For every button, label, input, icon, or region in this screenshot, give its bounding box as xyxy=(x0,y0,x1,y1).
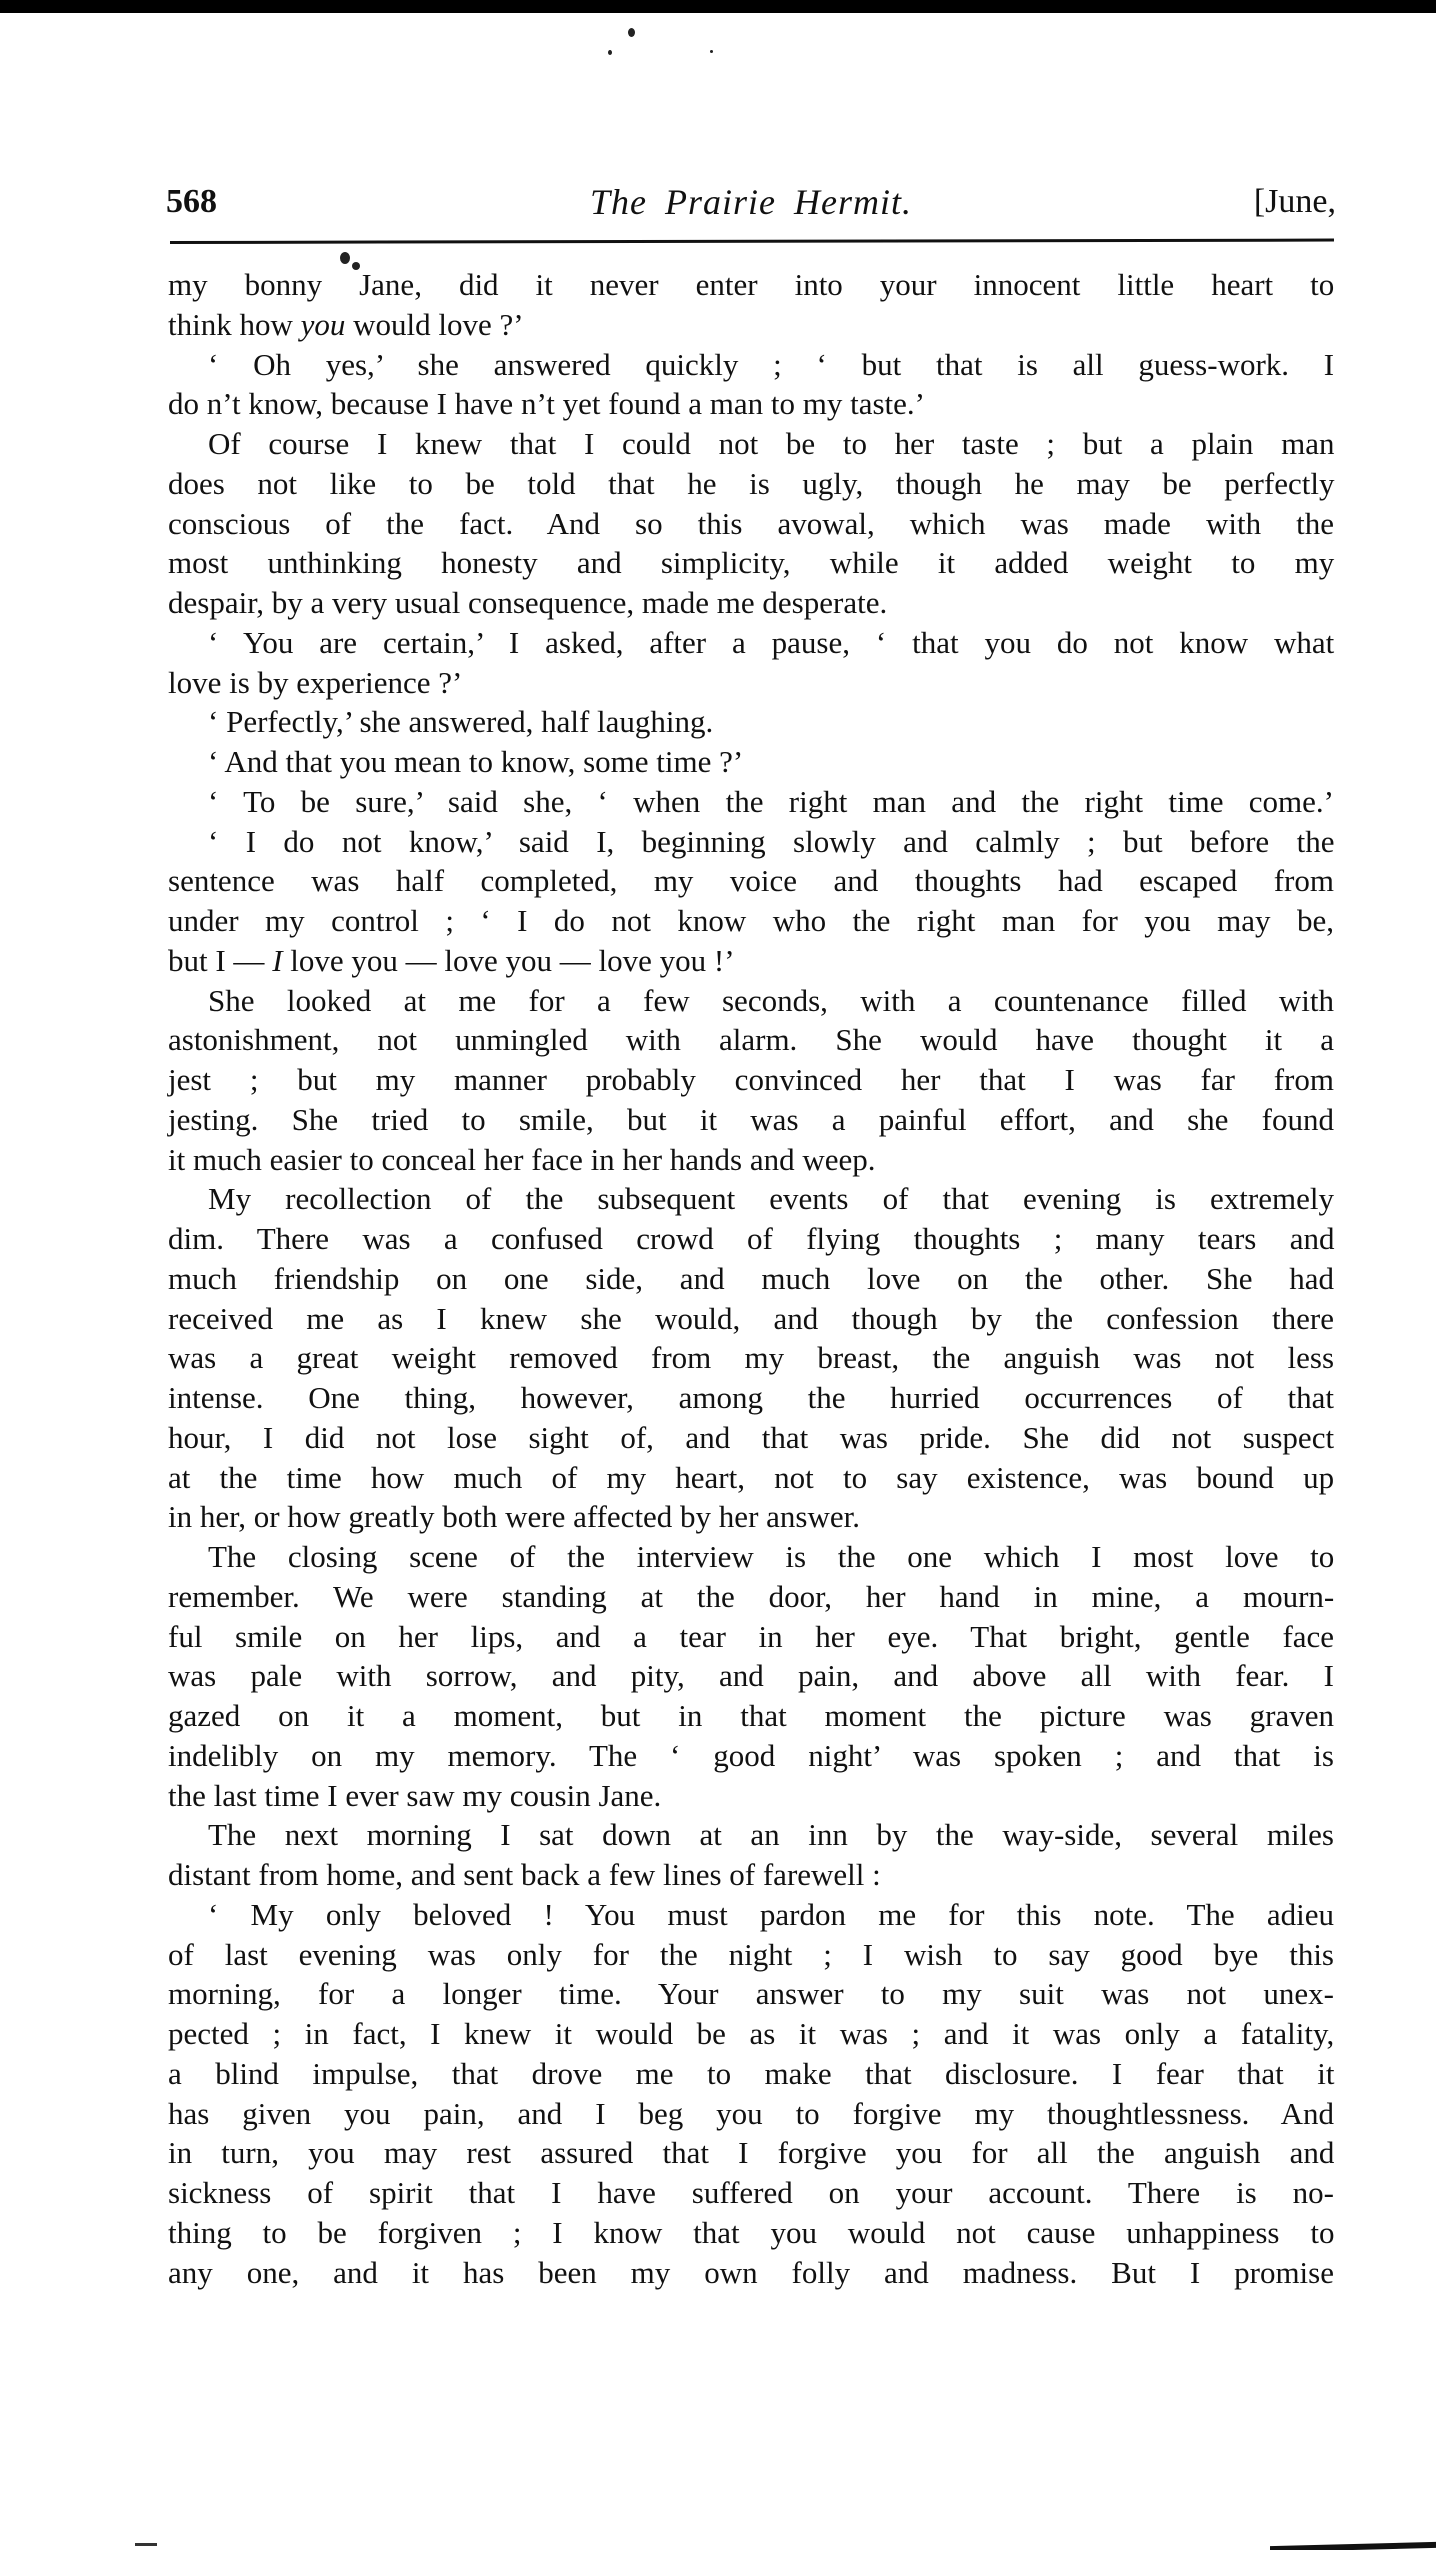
text-line: in her, or how greatly both were affecte… xyxy=(168,1497,1334,1537)
text-line: intense. One thing, however, among the h… xyxy=(168,1378,1334,1418)
text-line: was pale with sorrow, and pity, and pain… xyxy=(168,1656,1334,1696)
text-line: My recollection of the subsequent events… xyxy=(168,1179,1334,1219)
text-line: The next morning I sat down at an inn by… xyxy=(168,1815,1334,1855)
line-text: sickness of spirit that I have suffered … xyxy=(168,2175,1334,2210)
text-line: under my control ; ‘ I do not know who t… xyxy=(168,901,1334,941)
text-line: astonishment, not unmingled with alarm. … xyxy=(168,1020,1334,1060)
text-line: it much easier to conceal her face in he… xyxy=(168,1140,1334,1180)
line-text: much friendship on one side, and much lo… xyxy=(168,1261,1334,1296)
line-text: remember. We were standing at the door, … xyxy=(168,1579,1334,1614)
line-text: My recollection of the subsequent events… xyxy=(208,1181,1334,1216)
line-text: distant from home, and sent back a few l… xyxy=(168,1857,881,1892)
text-line: pected ; in fact, I knew it would be as … xyxy=(168,2014,1334,2054)
line-text: has given you pain, and I beg you to for… xyxy=(168,2096,1334,2131)
line-text: The next morning I sat down at an inn by… xyxy=(208,1817,1334,1852)
line-text: a blind impulse, that drove me to make t… xyxy=(168,2056,1334,2091)
text-line: love is by experience ?’ xyxy=(168,663,1334,703)
italic-emphasis: I xyxy=(272,943,282,978)
text-line: jesting. She tried to smile, but it was … xyxy=(168,1100,1334,1140)
line-text: love you — love you — love you !’ xyxy=(283,943,735,978)
line-text: The closing scene of the interview is th… xyxy=(208,1539,1334,1574)
text-line: The closing scene of the interview is th… xyxy=(168,1537,1334,1577)
line-text: sentence was half completed, my voice an… xyxy=(168,863,1334,898)
line-text: gazed on it a moment, but in that moment… xyxy=(168,1698,1334,1733)
text-line: jest ; but my manner probably convinced … xyxy=(168,1060,1334,1100)
line-text: love is by experience ?’ xyxy=(168,665,462,700)
line-text: dim. There was a confused crowd of flyin… xyxy=(168,1221,1334,1256)
line-text: ‘ To be sure,’ said she, ‘ when the righ… xyxy=(208,784,1334,819)
line-text: indelibly on my memory. The ‘ good night… xyxy=(168,1738,1334,1773)
line-text: She looked at me for a few seconds, with… xyxy=(208,983,1334,1018)
text-line: morning, for a longer time. Your answer … xyxy=(168,1974,1334,2014)
text-line: ‘ And that you mean to know, some time ?… xyxy=(168,742,1334,782)
line-text: was pale with sorrow, and pity, and pain… xyxy=(168,1658,1334,1693)
line-text: ‘ And that you mean to know, some time ?… xyxy=(208,744,743,779)
line-text: jest ; but my manner probably convinced … xyxy=(168,1062,1334,1097)
text-line: any one, and it has been my own folly an… xyxy=(168,2253,1334,2293)
line-text: in her, or how greatly both were affecte… xyxy=(168,1499,860,1534)
line-text: conscious of the fact. And so this avowa… xyxy=(168,506,1334,541)
text-line: ‘ Perfectly,’ she answered, half laughin… xyxy=(168,702,1334,742)
line-text: of last evening was only for the night ;… xyxy=(168,1937,1334,1972)
line-text: think how xyxy=(168,307,301,342)
text-line: received me as I knew she would, and tho… xyxy=(168,1299,1334,1339)
line-text: received me as I knew she would, and tho… xyxy=(168,1301,1334,1336)
scan-top-edge xyxy=(0,0,1436,13)
ink-speck xyxy=(608,50,612,55)
text-line: my bonny Jane, did it never enter into y… xyxy=(168,265,1334,305)
text-line: ‘ You are certain,’ I asked, after a pau… xyxy=(168,623,1334,663)
text-line: a blind impulse, that drove me to make t… xyxy=(168,2054,1334,2094)
text-line: dim. There was a confused crowd of flyin… xyxy=(168,1219,1334,1259)
text-line: ‘ To be sure,’ said she, ‘ when the righ… xyxy=(168,782,1334,822)
text-line: distant from home, and sent back a few l… xyxy=(168,1855,1334,1895)
text-line: ‘ My only beloved ! You must pardon me f… xyxy=(168,1895,1334,1935)
line-text: ‘ Oh yes,’ she answered quickly ; ‘ but … xyxy=(208,347,1334,382)
text-line: ‘ Oh yes,’ she answered quickly ; ‘ but … xyxy=(168,345,1334,385)
text-line: thing to be forgiven ; I know that you w… xyxy=(168,2213,1334,2253)
running-title: The Prairie Hermit. xyxy=(166,180,1336,224)
line-text: the last time I ever saw my cousin Jane. xyxy=(168,1778,661,1813)
text-line: gazed on it a moment, but in that moment… xyxy=(168,1696,1334,1736)
line-text: intense. One thing, however, among the h… xyxy=(168,1380,1334,1415)
text-line: indelibly on my memory. The ‘ good night… xyxy=(168,1736,1334,1776)
text-line: the last time I ever saw my cousin Jane. xyxy=(168,1776,1334,1816)
line-text: ‘ I do not know,’ said I, beginning slow… xyxy=(208,824,1334,859)
line-text: ful smile on her lips, and a tear in her… xyxy=(168,1619,1334,1654)
line-text: astonishment, not unmingled with alarm. … xyxy=(168,1022,1334,1057)
scan-bottom-edge xyxy=(1270,2542,1436,2550)
line-text: my bonny Jane, did it never enter into y… xyxy=(168,267,1334,302)
text-line: hour, I did not lose sight of, and that … xyxy=(168,1418,1334,1458)
line-text: it much easier to conceal her face in he… xyxy=(168,1142,876,1177)
line-text: in turn, you may rest assured that I for… xyxy=(168,2135,1334,2170)
running-month: [June, xyxy=(1254,180,1336,224)
ink-speck xyxy=(340,252,350,264)
head-rule xyxy=(170,239,1334,244)
text-line: ‘ I do not know,’ said I, beginning slow… xyxy=(168,822,1334,862)
text-line: sentence was half completed, my voice an… xyxy=(168,861,1334,901)
line-text: at the time how much of my heart, not to… xyxy=(168,1460,1334,1495)
text-line: despair, by a very usual consequence, ma… xyxy=(168,583,1334,623)
text-line: most unthinking honesty and simplicity, … xyxy=(168,543,1334,583)
text-line: remember. We were standing at the door, … xyxy=(168,1577,1334,1617)
line-text: any one, and it has been my own folly an… xyxy=(168,2255,1334,2290)
text-line: does not like to be told that he is ugly… xyxy=(168,464,1334,504)
text-line: do n’t know, because I have n’t yet foun… xyxy=(168,384,1334,424)
line-text: does not like to be told that he is ugly… xyxy=(168,466,1334,501)
line-text: thing to be forgiven ; I know that you w… xyxy=(168,2215,1334,2250)
ink-speck xyxy=(710,50,713,53)
line-text: jesting. She tried to smile, but it was … xyxy=(168,1102,1334,1137)
running-head: 568 The Prairie Hermit. [June, xyxy=(166,180,1336,224)
text-line: was a great weight removed from my breas… xyxy=(168,1338,1334,1378)
text-line: think how you would love ?’ xyxy=(168,305,1334,345)
line-text: would love ?’ xyxy=(345,307,523,342)
line-text: ‘ Perfectly,’ she answered, half laughin… xyxy=(208,704,713,739)
text-line: at the time how much of my heart, not to… xyxy=(168,1458,1334,1498)
line-text: hour, I did not lose sight of, and that … xyxy=(168,1420,1334,1455)
line-text: ‘ My only beloved ! You must pardon me f… xyxy=(208,1897,1334,1932)
line-text: Of course I knew that I could not be to … xyxy=(208,426,1334,461)
text-line: She looked at me for a few seconds, with… xyxy=(168,981,1334,1021)
line-text: was a great weight removed from my breas… xyxy=(168,1340,1334,1375)
line-text: pected ; in fact, I knew it would be as … xyxy=(168,2016,1334,2051)
ink-speck xyxy=(628,28,635,37)
text-line: Of course I knew that I could not be to … xyxy=(168,424,1334,464)
body-text: my bonny Jane, did it never enter into y… xyxy=(168,265,1334,2292)
text-line: but I — I love you — love you — love you… xyxy=(168,941,1334,981)
text-line: ful smile on her lips, and a tear in her… xyxy=(168,1617,1334,1657)
line-text: but I — xyxy=(168,943,272,978)
line-text: morning, for a longer time. Your answer … xyxy=(168,1976,1334,2011)
text-line: sickness of spirit that I have suffered … xyxy=(168,2173,1334,2213)
italic-emphasis: you xyxy=(301,307,346,342)
line-text: despair, by a very usual consequence, ma… xyxy=(168,585,887,620)
text-line: much friendship on one side, and much lo… xyxy=(168,1259,1334,1299)
line-text: most unthinking honesty and simplicity, … xyxy=(168,545,1334,580)
text-line: conscious of the fact. And so this avowa… xyxy=(168,504,1334,544)
text-line: of last evening was only for the night ;… xyxy=(168,1935,1334,1975)
line-text: do n’t know, because I have n’t yet foun… xyxy=(168,386,925,421)
text-line: in turn, you may rest assured that I for… xyxy=(168,2133,1334,2173)
scan-smudge xyxy=(135,2543,157,2546)
text-line: has given you pain, and I beg you to for… xyxy=(168,2094,1334,2134)
line-text: ‘ You are certain,’ I asked, after a pau… xyxy=(208,625,1334,660)
line-text: under my control ; ‘ I do not know who t… xyxy=(168,903,1334,938)
